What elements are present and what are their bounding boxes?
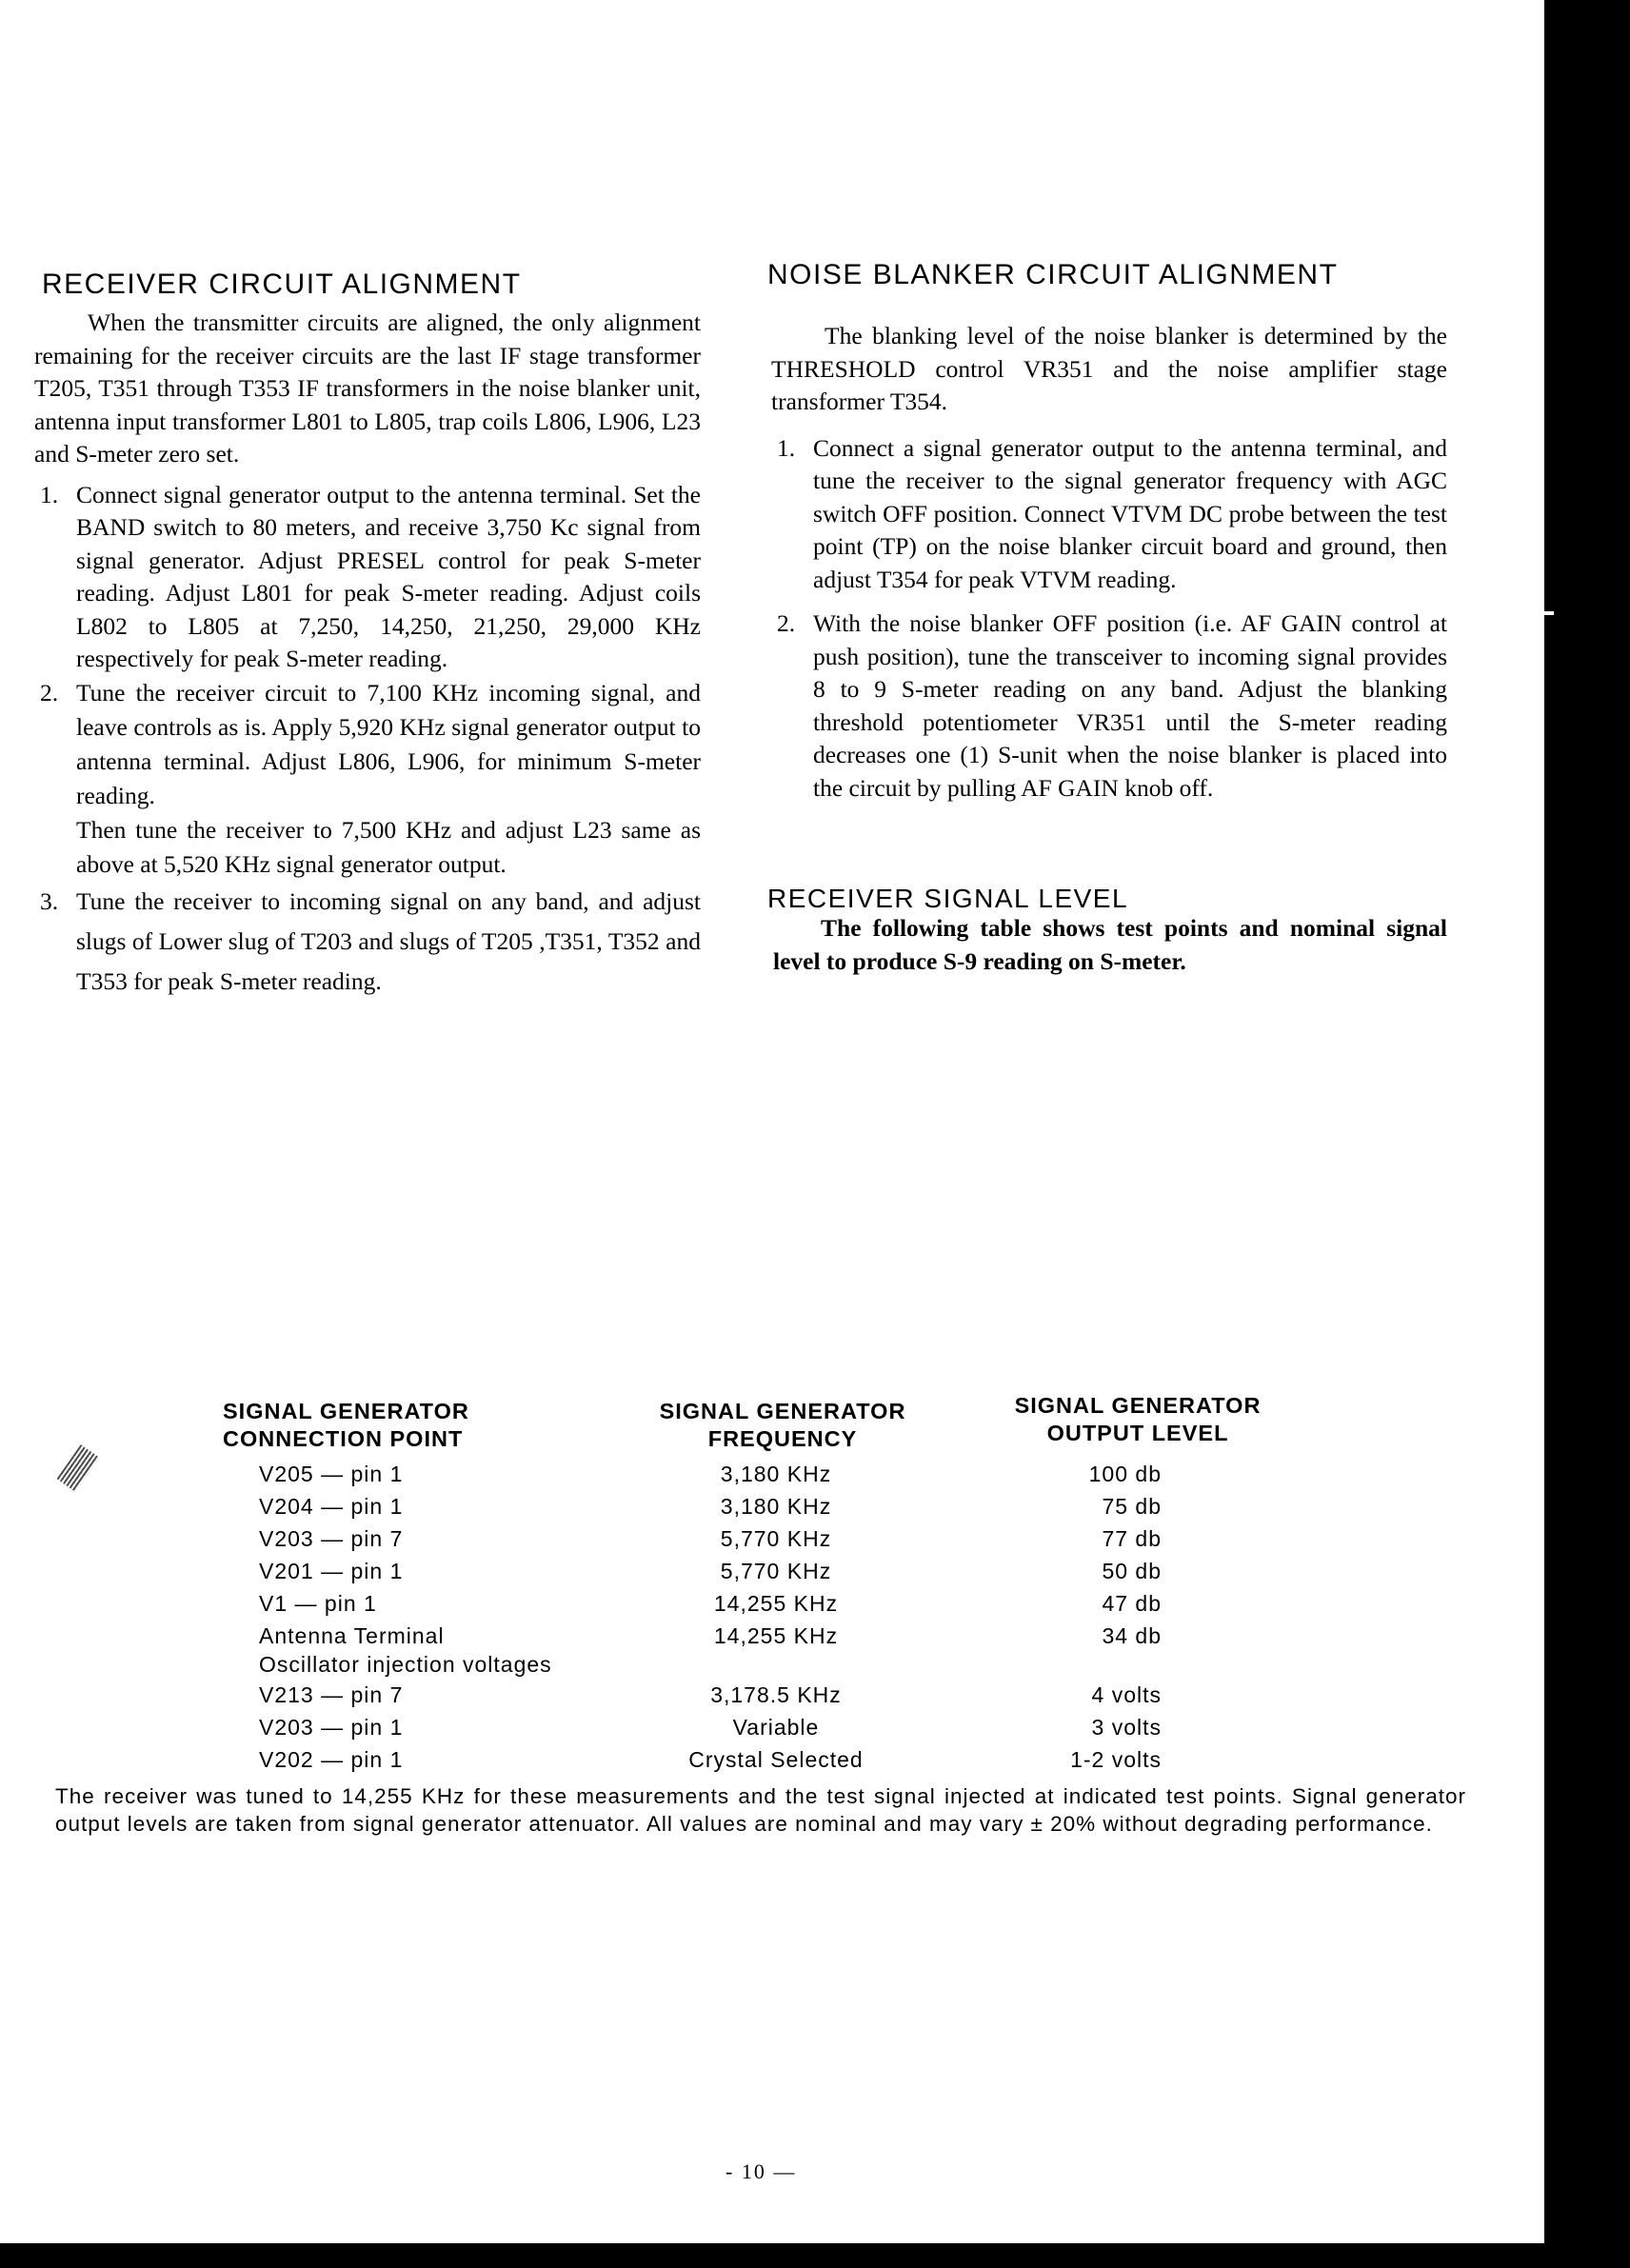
output-level-cell: 3 volts	[1047, 1714, 1162, 1741]
connection-point-cell: V1 — pin 1	[259, 1590, 377, 1618]
frequency-cell: 5,770 KHz	[624, 1558, 928, 1585]
connection-point-cell: V204 — pin 1	[259, 1493, 403, 1521]
output-level-cell: 100 db	[1047, 1461, 1162, 1488]
connection-point-cell: V201 — pin 1	[259, 1558, 403, 1585]
output-level-cell: 34 db	[1047, 1622, 1162, 1650]
scan-edge-mark	[1544, 611, 1554, 615]
header-frequency: SIGNAL GENERATOR FREQUENCY	[640, 1398, 925, 1453]
output-level-cell: 47 db	[1047, 1590, 1162, 1618]
connection-point-cell: V213 — pin 7	[259, 1681, 403, 1709]
frequency-cell: Crystal Selected	[624, 1746, 928, 1774]
output-level-cell: 50 db	[1047, 1558, 1162, 1585]
manual-page: RECEIVER CIRCUIT ALIGNMENT When the tran…	[0, 0, 1544, 2243]
page-number: - 10 —	[726, 2159, 796, 2184]
connection-point-cell: V203 — pin 7	[259, 1525, 403, 1553]
output-level-cell: 1-2 volts	[1047, 1746, 1162, 1774]
output-level-cell: 75 db	[1047, 1493, 1162, 1521]
connection-point-cell: V205 — pin 1	[259, 1461, 403, 1488]
frequency-cell: 5,770 KHz	[624, 1525, 928, 1553]
frequency-cell: 3,180 KHz	[624, 1461, 928, 1488]
output-level-cell: 77 db	[1047, 1525, 1162, 1553]
header-connection-point: SIGNAL GENERATOR CONNECTION POINT	[223, 1398, 469, 1453]
header-output-level: SIGNAL GENERATOR OUTPUT LEVEL	[995, 1392, 1281, 1447]
frequency-cell: Variable	[624, 1714, 928, 1741]
signal-level-table: SIGNAL GENERATOR CONNECTION POINT SIGNAL…	[0, 0, 1544, 2243]
connection-point-cell: V203 — pin 1	[259, 1714, 403, 1741]
frequency-cell: 3,180 KHz	[624, 1493, 928, 1521]
frequency-cell: 14,255 KHz	[624, 1590, 928, 1618]
connection-point-cell: Antenna Terminal	[259, 1622, 445, 1650]
output-level-cell: 4 volts	[1047, 1681, 1162, 1709]
oscillator-subsection-label: Oscillator injection voltages	[259, 1651, 552, 1679]
frequency-cell: 14,255 KHz	[624, 1622, 928, 1650]
table-footnote: The receiver was tuned to 14,255 KHz for…	[55, 1782, 1466, 1838]
connection-point-cell: V202 — pin 1	[259, 1746, 403, 1774]
frequency-cell: 3,178.5 KHz	[624, 1681, 928, 1709]
